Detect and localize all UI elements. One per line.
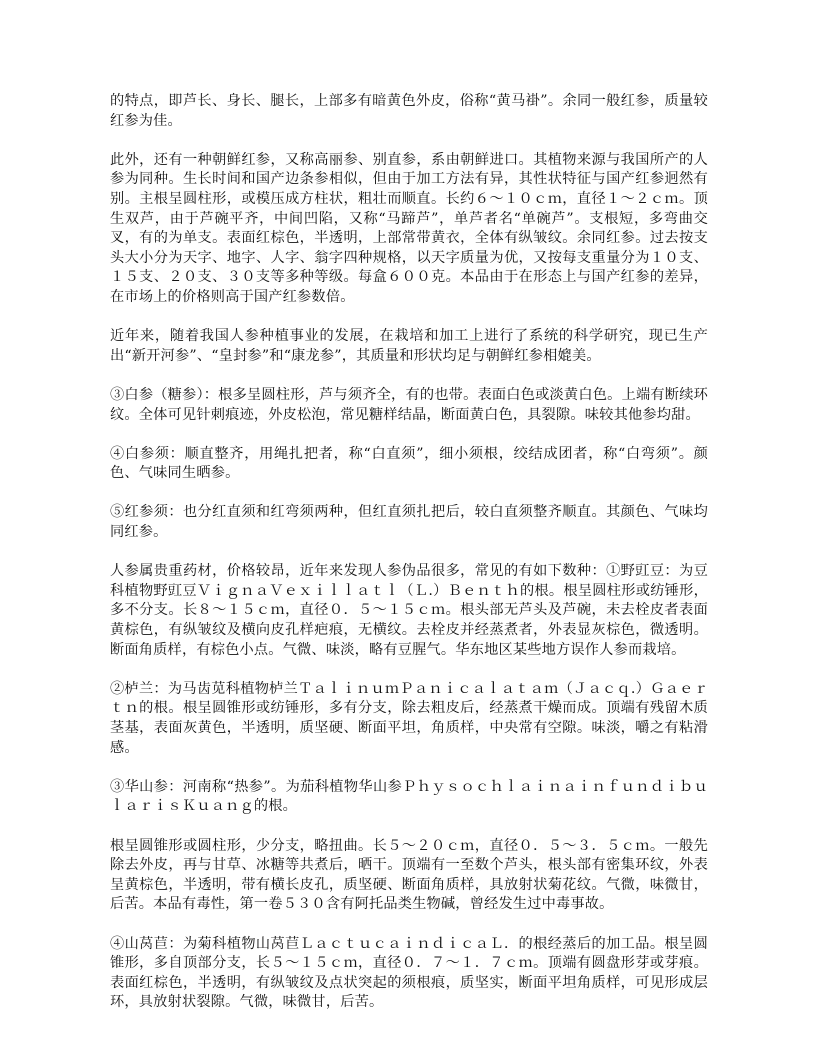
paragraph-white-ginseng: ③白参（糖参）：根多呈圆柱形，芦与须齐全，有的也带。表面白色或淡黄白色。上端有断… (110, 386, 708, 425)
paragraph-korean-red-ginseng: 此外，还有一种朝鲜红参，又称高丽参、别直参，系由朝鲜进口。其植物来源与我国所产的… (110, 151, 708, 308)
paragraph-huangmagua: 的特点，即芦长、身长、腿长，上部多有暗黄色外皮，俗称“黄马褂”。余同一般红参，质… (110, 92, 708, 131)
paragraph-counterfeits-intro: 人参属贵重药材，价格较昂，近年来发现人参伪品很多，常见的有如下数种：①野豇豆：为… (110, 562, 708, 660)
paragraph-white-ginseng-fibers: ④白参须：顺直整齐，用绳扎把者，称“白直须”，细小须根，绞结成团者，称“白弯须”… (110, 445, 708, 484)
paragraph-lactuca: ④山莴苣：为菊科植物山莴苣ＬａｃｔｕｃａｉｎｄｉｃａＬ．的根经蒸后的加工品。根呈… (110, 935, 708, 1013)
paragraph-red-ginseng-fibers: ⑤红参须：也分红直须和红弯须两种，但红直须扎把后，较白直须整齐顺直。其颜色、气味… (110, 503, 708, 542)
paragraph-physochlaina: ③华山参：河南称“热参”。为茄科植物华山参Ｐｈｙｓｏｃｈｌａｉｎａｉｎｆｕｎｄｉ… (110, 778, 708, 817)
paragraph-physochlaina-description: 根呈圆锥形或圆柱形，少分支，略扭曲。长５～２０ｃｍ，直径０．５～３．５ｃｍ。一般… (110, 837, 708, 915)
paragraph-talinum: ②栌兰：为马齿苋科植物栌兰ＴａｌｉｎｕｍＰａｎｉｃａｌａｔａｍ（Ｊａｃｑ.）Ｇａ… (110, 680, 708, 758)
paragraph-recent-years: 近年来，随着我国人参种植事业的发展，在栽培和加工上进行了系统的科学研究，现已生产… (110, 327, 708, 366)
document-page: 的特点，即芦长、身长、腿长，上部多有暗黄色外皮，俗称“黄马褂”。余同一般红参，质… (110, 92, 708, 1033)
